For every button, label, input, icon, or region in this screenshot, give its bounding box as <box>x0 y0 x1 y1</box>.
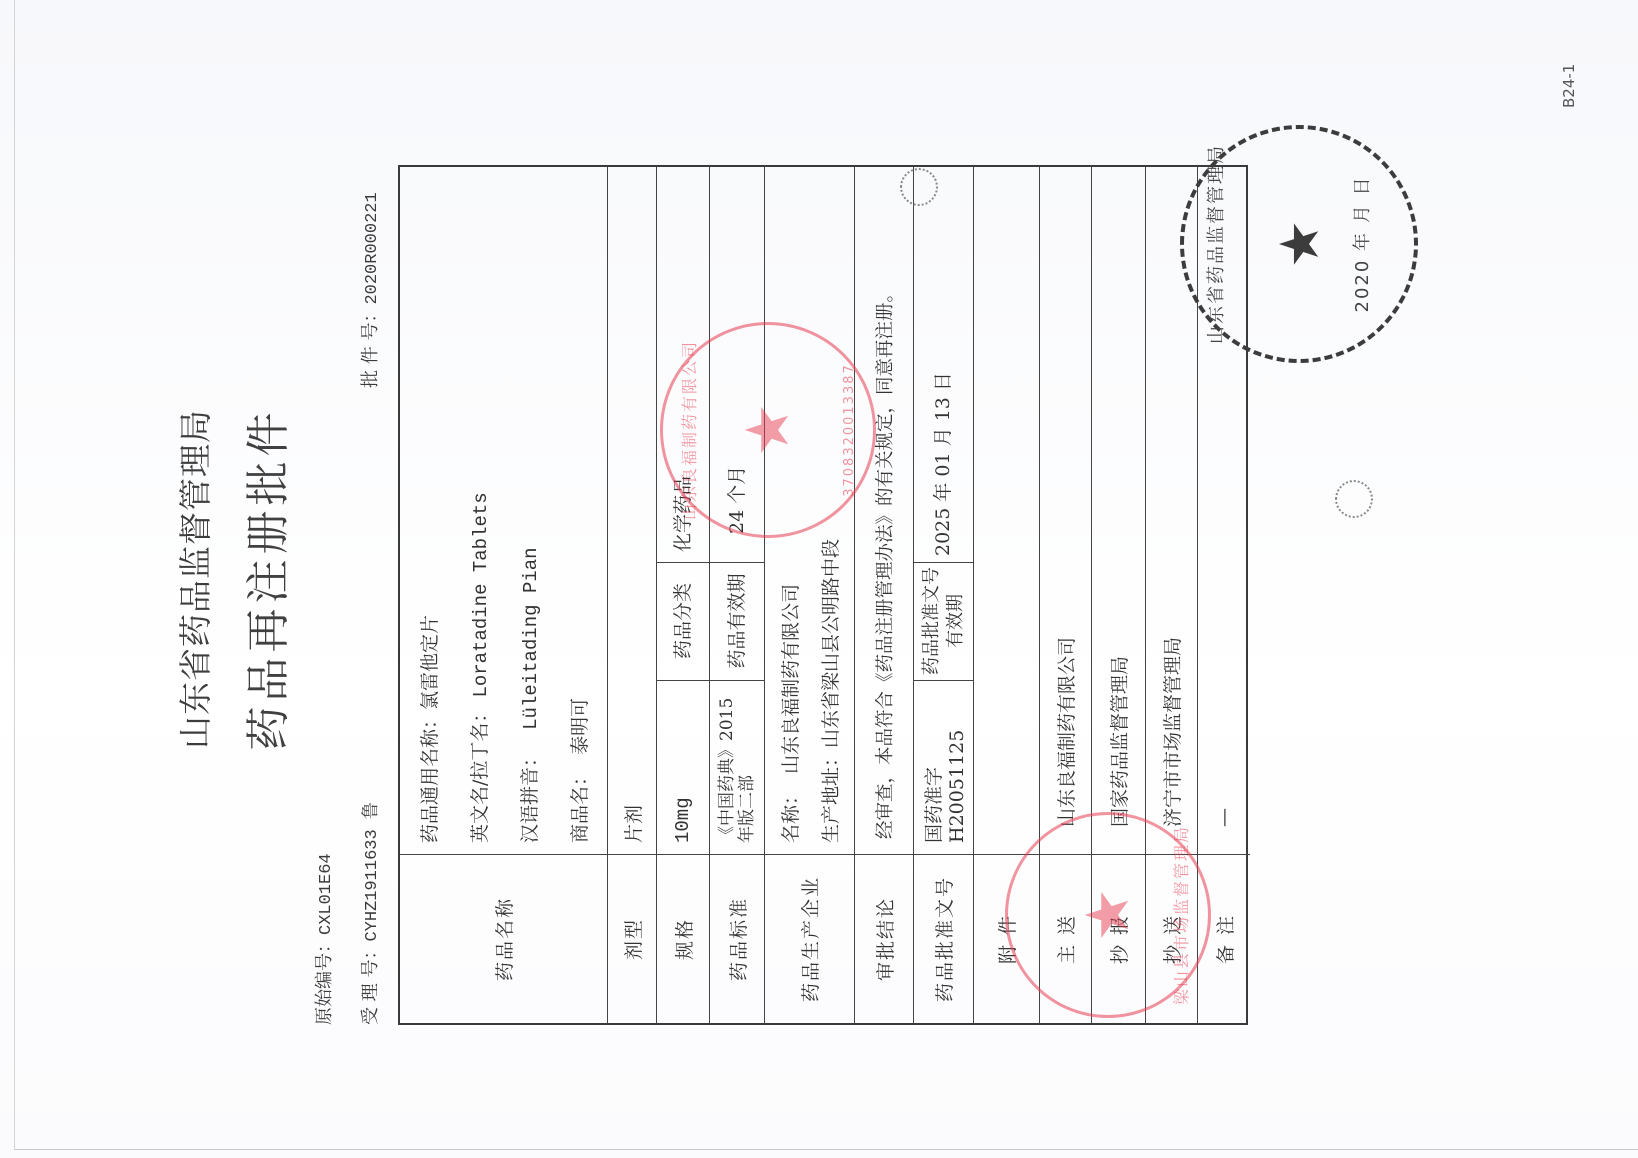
label-drug-category: 药品分类 <box>657 562 709 681</box>
label-drug-standard: 药品标准 <box>710 854 764 1023</box>
manufacturer-address: 生产地址：山东省梁山县公明路中段 <box>816 539 843 843</box>
approval-validity-value: 2025 年 01 月 13 日 <box>914 167 973 563</box>
english-name: 英文名/拉丁名： Loratadine Tablets <box>465 492 492 843</box>
star-icon: ★ <box>733 403 803 457</box>
row-dosage-form: 剂型 片剂 <box>608 167 657 1023</box>
row-drug-standard: 药品标准 《中国药典》2015 年版二部 药品有效期 24 个月 <box>710 167 765 1023</box>
row-conclusion: 审批结论 经审查，本品符合《药品注册管理办法》的有关规定，同意再注册。 <box>855 167 914 1023</box>
generic-name: 药品通用名称：氯雷他定片 <box>415 615 442 843</box>
original-number: 原始编号：CXL01E64 <box>310 853 336 1025</box>
approval-doc-number-value: 国药准字 H20051125 <box>914 685 973 853</box>
label-conclusion: 审批结论 <box>855 854 913 1023</box>
issuing-agency: 山东省药品监督管理局 <box>170 0 217 1158</box>
star-icon: ★ <box>1073 888 1143 942</box>
agency-seal-stamp: ★ 山东省药品监督管理局 2020 年 月 日 <box>1180 125 1418 363</box>
approval-number: 批 件 号：2020R000221 <box>356 192 382 388</box>
label-approval-doc-number: 药品批准文号 <box>914 854 973 1023</box>
company-seal-stamp: ★ 山东良福制药有限公司 3708320013387 <box>660 322 876 538</box>
document-title: 药品再注册批件 <box>232 0 296 1158</box>
label-approval-validity: 药品批准文号有效期 <box>914 562 973 681</box>
row-approval-doc-number: 药品批准文号 国药准字 H20051125 药品批准文号有效期 2025 年 0… <box>914 167 974 1023</box>
dosage-form-value: 片剂 <box>608 167 656 853</box>
trade-name: 商品名： 泰明可 <box>565 698 592 843</box>
copy-report-value: 国家药品监督管理局 <box>1092 167 1145 853</box>
manufacturer-name: 名称： 山东良福制药有限公司 <box>776 584 803 843</box>
star-icon: ★ <box>1268 220 1331 268</box>
row-drug-name: 药品名称 药品通用名称：氯雷他定片 英文名/拉丁名： Loratadine Ta… <box>400 167 608 1023</box>
label-specification: 规格 <box>657 854 709 1023</box>
label-dosage-form: 剂型 <box>608 854 656 1023</box>
pinyin-name: 汉语拼音： Lüleitading Pian <box>515 547 542 843</box>
drug-standard-value: 《中国药典》2015 年版二部 <box>710 685 764 853</box>
attachment-value <box>974 167 1039 853</box>
document-page: B24-1 山东省药品监督管理局 药品再注册批件 原始编号：CXL01E64 受… <box>0 0 1638 1158</box>
small-dotted-mark <box>1335 480 1373 518</box>
label-drug-name: 药品名称 <box>400 854 607 1023</box>
county-seal-stamp: ★ 梁山县市场监督管理局 <box>1005 812 1211 1018</box>
small-dotted-mark <box>900 168 938 206</box>
page-code: B24-1 <box>1560 64 1578 108</box>
conclusion-value: 经审查，本品符合《药品注册管理办法》的有关规定，同意再注册。 <box>855 167 913 853</box>
row-specification: 规格 10mg 药品分类 化学药品 <box>657 167 710 1023</box>
acceptance-number: 受 理 号：CYHZ1911633 鲁 <box>356 802 382 1025</box>
label-shelf-life: 药品有效期 <box>710 562 764 681</box>
row-manufacturer: 药品生产企业 名称： 山东良福制药有限公司 生产地址：山东省梁山县公明路中段 <box>765 167 855 1023</box>
main-recipient-value: 山东良福制药有限公司 <box>1040 167 1091 853</box>
specification-value: 10mg <box>672 797 694 843</box>
label-manufacturer: 药品生产企业 <box>765 854 854 1023</box>
